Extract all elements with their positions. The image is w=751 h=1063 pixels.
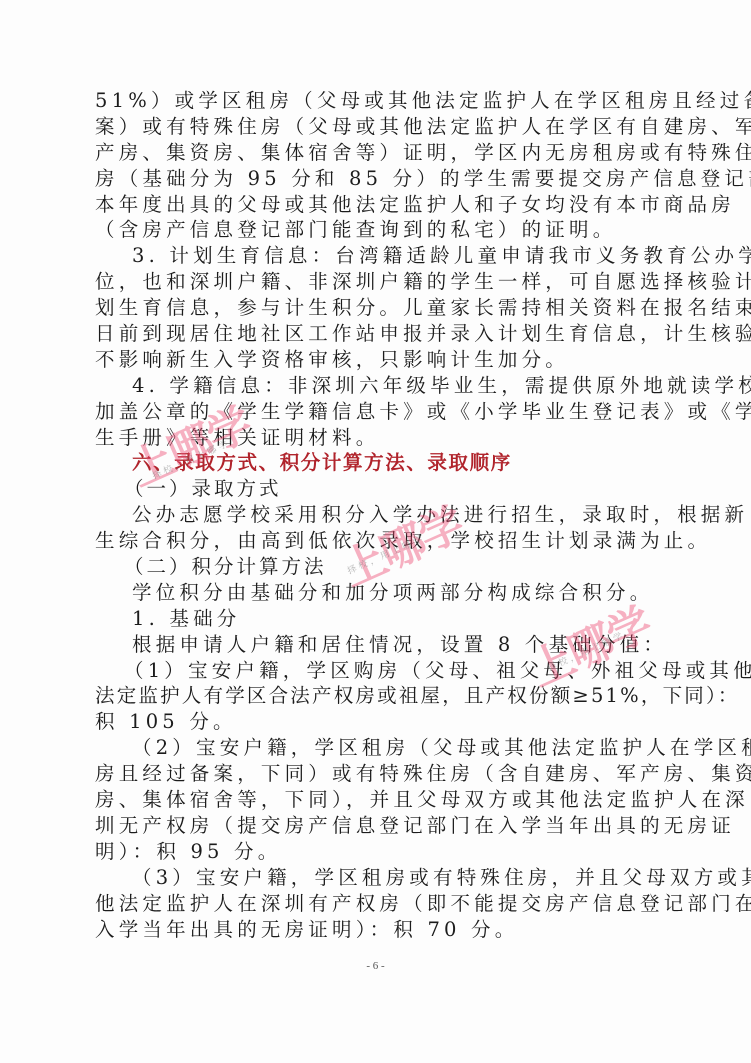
subsection-heading-admission: （一）录取方式 xyxy=(95,476,659,502)
text-line: 学位积分由基础分和加分项两部分构成综合积分。 xyxy=(95,580,659,606)
text-line: 案）或有特殊住房（父母或其他法定监护人在学区有自建房、军 xyxy=(95,114,659,140)
text-line: 4. 学籍信息：非深圳六年级毕业生，需提供原外地就读学校 xyxy=(95,373,659,399)
text-line: （含房产信息登记部门能查询到的私宅）的证明。 xyxy=(95,217,659,243)
text-line: 不影响新生入学资格审核，只影响计生加分。 xyxy=(95,347,659,373)
text-line: 他法定监护人在深圳有产权房（即不能提交房产信息登记部门在 xyxy=(95,891,659,917)
text-line: 3. 计划生育信息：台湾籍适龄儿童申请我市义务教育公办学 xyxy=(95,243,659,269)
text-line: 本年度出具的父母或其他法定监护人和子女均没有本市商品房 xyxy=(95,192,659,218)
score-item-2: （2）宝安户籍，学区租房（父母或其他法定监护人在学区租 xyxy=(95,735,659,761)
text-line: 法定监护人有学区合法产权房或祖屋，且产权份额≥51%，下同）： xyxy=(95,683,659,709)
text-line: 根据申请人户籍和居住情况，设置 8 个基础分值： xyxy=(95,632,659,658)
text-line: 位，也和深圳户籍、非深圳户籍的学生一样，可自愿选择核验计 xyxy=(95,269,659,295)
text-line: 房（基础分为 95 分和 85 分）的学生需要提交房产信息登记部门 xyxy=(95,166,659,192)
text-line: 圳无产权房（提交房产信息登记部门在入学当年出具的无房证 xyxy=(95,813,659,839)
text-line: 日前到现居住地社区工作站申报并录入计划生育信息，计生核验 xyxy=(95,321,659,347)
text-line: 51%）或学区租房（父母或其他法定监护人在学区租房且经过备 xyxy=(95,88,659,114)
score-item-1: （1）宝安户籍，学区购房（父母、祖父母、外祖父母或其他 xyxy=(95,658,659,684)
text-line: 划生育信息，参与计生积分。儿童家长需持相关资料在报名结束 xyxy=(95,295,659,321)
text-line: 公办志愿学校采用积分入学办法进行招生，录取时，根据新 xyxy=(95,502,659,528)
text-line: 入学当年出具的无房证明）：积 70 分。 xyxy=(95,917,659,943)
document-page: 51%）或学区租房（父母或其他法定监护人在学区租房且经过备 案）或有特殊住房（父… xyxy=(0,0,751,1063)
text-line: 产房、集资房、集体宿舍等）证明，学区内无房租房或有特殊住 xyxy=(95,140,659,166)
text-line: 明）：积 95 分。 xyxy=(95,839,659,865)
text-line: 积 105 分。 xyxy=(95,709,659,735)
item-heading-base-score: 1. 基础分 xyxy=(95,606,659,632)
document-body: 51%）或学区租房（父母或其他法定监护人在学区租房且经过备 案）或有特殊住房（父… xyxy=(95,88,659,942)
text-line: 加盖公章的《学生学籍信息卡》或《小学毕业生登记表》或《学 xyxy=(95,399,659,425)
page-number: - 6 - xyxy=(0,960,751,972)
section-heading: 六、录取方式、积分计算方法、录取顺序 xyxy=(95,450,659,476)
text-line: 生综合积分，由高到低依次录取，学校招生计划录满为止。 xyxy=(95,528,659,554)
score-item-3: （3）宝安户籍，学区租房或有特殊住房，并且父母双方或其 xyxy=(95,865,659,891)
text-line: 房且经过备案，下同）或有特殊住房（含自建房、军产房、集资 xyxy=(95,761,659,787)
subsection-heading-points: （二）积分计算方法 xyxy=(95,554,659,580)
text-line: 生手册》等相关证明材料。 xyxy=(95,425,659,451)
text-line: 房、集体宿舍等，下同），并且父母双方或其他法定监护人在深 xyxy=(95,787,659,813)
